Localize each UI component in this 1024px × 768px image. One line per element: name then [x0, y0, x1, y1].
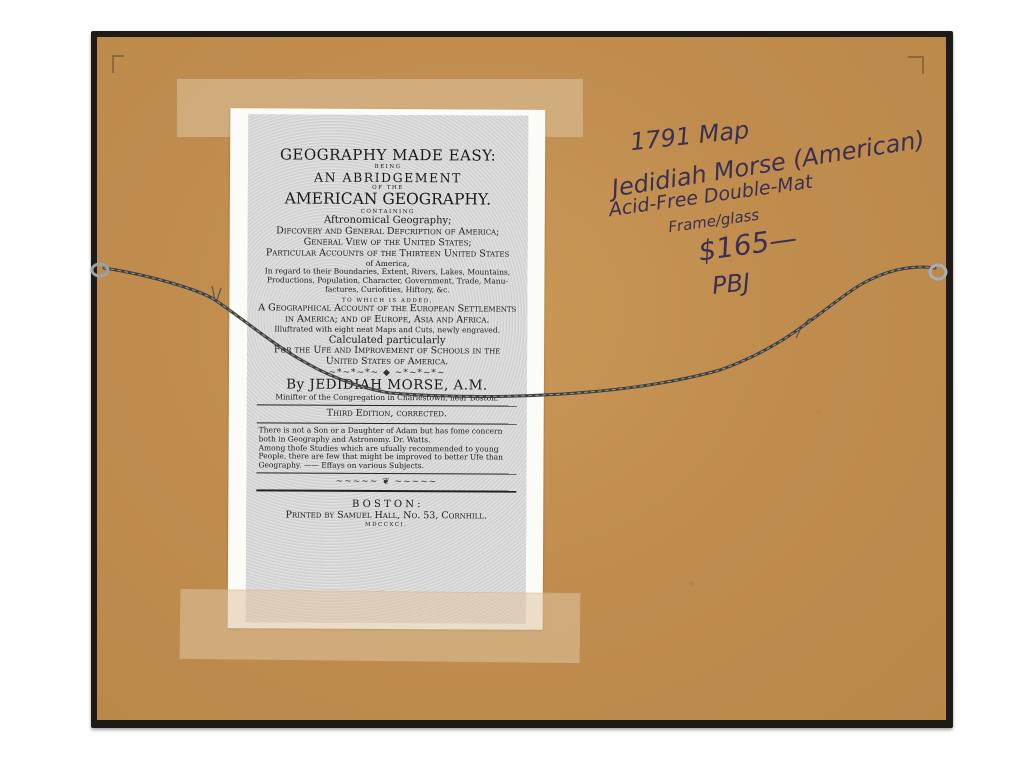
pencil-corner-mark — [112, 55, 124, 73]
edition-line: Third Edition, corrected. — [247, 409, 527, 421]
book-title: AMERICAN GEOGRAPHY. — [248, 191, 528, 210]
note-line: 1791 Map — [629, 116, 751, 156]
imprint-printer: Printed by Samuel Hall, No. 53, Cornhill… — [246, 510, 526, 522]
handwritten-notes: 1791 Map Jedidiah Morse (American) Acid-… — [600, 100, 920, 320]
title-page-photocopy: GEOGRAPHY MADE EASY: BEING AN ABRIDGEMEN… — [228, 108, 546, 630]
masking-tape-bottom — [180, 589, 581, 663]
title-page-print: GEOGRAPHY MADE EASY: BEING AN ABRIDGEMEN… — [246, 114, 529, 623]
ornament-divider: ~~~~~ ❦ ~~~~~ — [246, 477, 526, 488]
subtitle: AN ABRIDGEMENT — [248, 170, 528, 186]
pencil-corner-mark — [908, 56, 924, 74]
note-initials: PBJ — [711, 268, 752, 300]
epigraph-quote: Among thofe Studies which are ufually re… — [246, 444, 526, 471]
rule-divider — [256, 473, 516, 475]
rule-divider — [257, 423, 517, 425]
author-title: Minifter of the Congregation in Charlest… — [247, 393, 527, 403]
rule-divider — [256, 490, 516, 493]
rule-divider — [257, 405, 517, 407]
title-line: GEOGRAPHY MADE EASY: — [248, 146, 528, 165]
